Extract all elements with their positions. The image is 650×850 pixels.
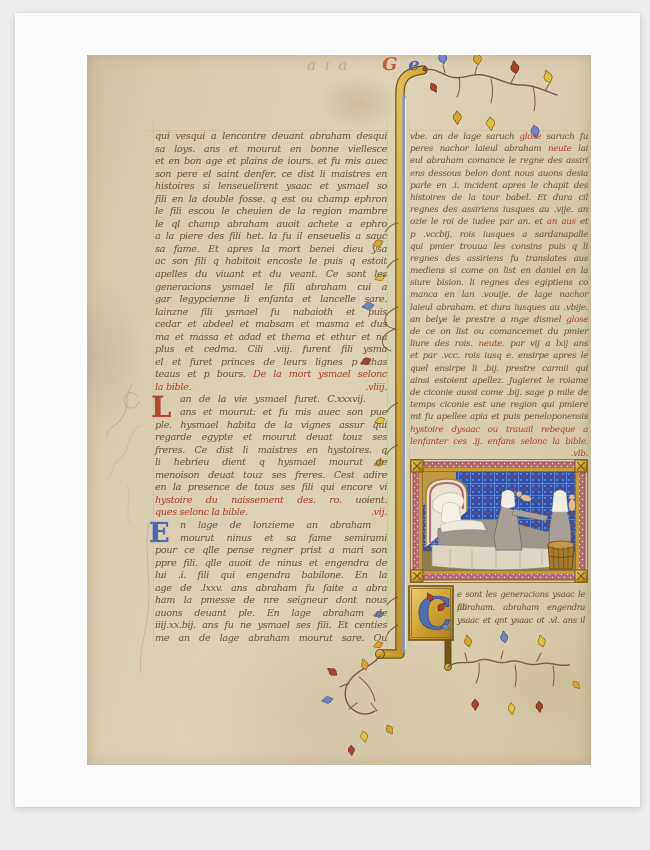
body-text: generacions ysmael le fili abraham cui a xyxy=(155,282,387,293)
text-line: age de .lxxv. ans abraham fu faite a abr… xyxy=(155,583,387,596)
text-line: son pere el saint denfer. ce dist li mai… xyxy=(155,169,387,182)
rubric-text: an aus xyxy=(547,217,576,227)
body-text: regnes des assiriens fu translates aus xyxy=(410,254,588,264)
text-line: ac son fili q habitoit encoste le puis q… xyxy=(155,256,387,269)
text-line: ma et massa et adad et thema et ethur et… xyxy=(155,332,387,345)
text-line: a la piere des fili het. la fu il enseue… xyxy=(155,231,387,244)
body-text: ainsi estoient apellez. Jugieret le roia… xyxy=(410,376,588,386)
body-text: gar legypcienne li enfanta et lancelle s… xyxy=(155,294,387,305)
baby xyxy=(569,494,575,511)
print-mat: a ı a G e qui vesqui a lencontre deuant … xyxy=(15,13,640,807)
blue-initial-E: E xyxy=(149,520,170,547)
text-line: et en bon age et plains de iours. et fu … xyxy=(155,156,387,169)
text-line: mourut ninus et sa fame semirami xyxy=(155,533,387,546)
body-text: par vij a lxij ans xyxy=(510,339,588,349)
body-text: abraham. abraham engendra xyxy=(457,602,585,612)
chapter-number: .vliij. xyxy=(365,382,387,395)
text-line: teaus et p bours. De la mort ysmael selo… xyxy=(155,369,387,382)
body-text: le fili escou le cheuien de la region ma… xyxy=(155,206,387,217)
rubric-text: hystoire dysaac ou trauail rebeque a xyxy=(410,425,588,435)
pen-trials xyxy=(107,383,149,673)
text-line: siure bision. li regnes des egiptiens co xyxy=(410,277,588,289)
right-text-column: vbe. an de lage saruch glose saruch fupe… xyxy=(410,131,588,460)
body-text: et en bon age et plains de iours. et fu … xyxy=(155,156,387,167)
text-line: ainsi estoient apellez. Jugieret le roia… xyxy=(410,375,588,387)
chapter-number: .vij. xyxy=(371,507,387,520)
red-initial-L: L xyxy=(151,393,171,422)
text-line: et par .vcc. rois iusq e. ensirpe apres … xyxy=(410,350,588,362)
body-text: age de .lxxv. ans abraham fu faite a abr… xyxy=(155,583,387,594)
wooden-tub xyxy=(548,541,574,569)
text-line: qui vesqui a lencontre deuant abraham de… xyxy=(155,131,387,144)
text-line: apelles du viuant et du veant. Ce sont l… xyxy=(155,269,387,282)
text-line: histoires de la tour babel. Et dura cil xyxy=(410,192,588,204)
body-text: regarde egypte et mourut deuat touz ses xyxy=(155,432,387,443)
body-text: mediens si come on list en daniel en la xyxy=(410,266,588,276)
rubric-text: De la mort ysmael selonc xyxy=(253,369,387,380)
body-text: en la presence de tous ses fili qui enco… xyxy=(155,482,387,493)
body-text: menoison deuat touz ses freres. Cest adi… xyxy=(155,470,387,481)
text-line: ens dessous belon dont nous auons desia xyxy=(410,168,588,180)
body-text: qui pmier trouua les consins puis q li xyxy=(410,242,588,252)
left-text-column: qui vesqui a lencontre deuant abraham de… xyxy=(155,131,387,645)
body-text: eul abraham comance le regne des assiri xyxy=(410,156,588,166)
body-text: lai xyxy=(578,144,588,154)
body-text: manca en lan .vouije. de lage nachor xyxy=(410,290,588,300)
text-line: histoires si lenseuelirent ysaac et ysma… xyxy=(155,181,387,194)
birth-scene-miniature xyxy=(410,459,588,583)
body-text: ple. hysmael habita de la vignes assur q… xyxy=(155,420,387,431)
text-line: eul abraham comance le regne des assiri xyxy=(410,155,588,167)
body-text: an de la vie ysmael furet. C.xxxvij. xyxy=(180,394,365,405)
text-line: en la presence de tous ses fili qui enco… xyxy=(155,482,387,495)
body-text: fili en la double fosse. q est ou champ … xyxy=(155,194,387,205)
text-line: cedar et abdeel et mabsam et masma et du… xyxy=(155,319,387,332)
body-text: n lage de lonzieme an abraham xyxy=(180,520,371,531)
text-line: menoison deuat touz ses freres. Cest adi… xyxy=(155,470,387,483)
body-text: ysaac et qnt ysaac ot .vl. ans il xyxy=(457,615,585,625)
text-line: le ql champ abraham auoit achete a ephro xyxy=(155,219,387,232)
header-faded-letter: a xyxy=(338,56,349,74)
text-line: regarde egypte et mourut deuat touz ses xyxy=(155,432,387,445)
text-line: sa loys. ans et mourut en bonne viellesc… xyxy=(155,144,387,157)
text-line: parle en .i. incident apres le chapit de… xyxy=(410,180,588,192)
text-line: .vliij.la bible. xyxy=(155,382,387,395)
body-text: ozie le roi de iudee par an. et xyxy=(410,217,547,227)
text-line: temps ciconie est une region qui pmiere xyxy=(410,399,588,411)
body-text: lui .i. fili qui engendra babilone. En l… xyxy=(155,570,387,581)
text-line: .vij.ques selonc la bible. xyxy=(155,507,387,520)
body-text: ac son fili q habitoit encoste le puis q… xyxy=(155,256,387,267)
text-line: generacions ysmael le fili abraham cui a xyxy=(155,282,387,295)
text-line: ozie le roi de iudee par an. et an aus e… xyxy=(410,216,588,228)
text-line: hystoire du naissement des. ro. uoient. xyxy=(155,495,387,508)
text-line: quel ensirpe li .bij. prestre carmii qui xyxy=(410,363,588,375)
text-line: peres nachor laieul abraham neute lai xyxy=(410,143,588,155)
body-text: parle en .i. incident apres le chapit de… xyxy=(410,181,588,191)
text-line: de ce on list ou comancemet du pmier xyxy=(410,326,588,338)
rubric-text: ques selonc la bible. xyxy=(155,507,248,518)
body-text: mourut ninus et sa fame semirami xyxy=(180,533,387,544)
initial-C-letter: C xyxy=(417,589,452,640)
rubric-text: glose xyxy=(519,132,546,142)
body-text: temps ciconie est une region qui pmiere xyxy=(410,400,588,410)
text-line: regnes des assiriens iusques au .vije. a… xyxy=(410,204,588,216)
body-text: a la piere des fili het. la fu il enseue… xyxy=(155,231,387,242)
body-text: plus et cedma. Cili .viij. furent fili y… xyxy=(155,344,387,355)
text-line: an belye le prestre a mge dismel glose xyxy=(410,314,588,326)
text-line: ppre fili. qlle auoit de ninus et engend… xyxy=(155,558,387,571)
body-text: an belye le prestre a mge dismel xyxy=(410,315,566,325)
text-line: n lage de lonzieme an abraham xyxy=(155,520,387,533)
text-line: pour ce qlle pense regner prist a mari s… xyxy=(155,545,387,558)
text-line: e sont les generacions ysaac le fili xyxy=(457,588,585,601)
text-line: de ciconie aussi come .bij. sage p mile … xyxy=(410,387,588,399)
rubric-text: glose xyxy=(566,315,588,325)
text-line: qui pmier trouua les consins puis q li xyxy=(410,241,588,253)
header-letter-blue: e xyxy=(408,54,421,75)
text-line: regnes des assiriens fu translates aus xyxy=(410,253,588,265)
text-line: li hebrieu dient q hysmael mourut de xyxy=(155,457,387,470)
rubric-text: lenfanter ces .ij. enfans selonc la bibl… xyxy=(410,437,588,447)
text-line: iiij.xx.bij. ans fu ne ysmael ses fili. … xyxy=(155,620,387,633)
body-text: ens dessous belon dont nous auons desia xyxy=(410,169,588,179)
body-text: de ciconie aussi come .bij. sage p mile … xyxy=(410,388,588,398)
illuminated-initial-C: C xyxy=(408,585,454,641)
body-text: et par .vcc. rois iusq e. ensirpe apres … xyxy=(410,351,588,361)
body-text: lainzne fili ysmael fu nabaioth et puis xyxy=(155,307,387,318)
header-faded-letter: ı xyxy=(325,56,332,74)
rubric-text: hystoire du naissement des. ro. xyxy=(155,495,355,506)
text-line: le fili escou le cheuien de la region ma… xyxy=(155,206,387,219)
body-text: pour ce qlle pense regner prist a mari s… xyxy=(155,545,387,556)
text-line: auons deuant ple. En lage abraham de xyxy=(155,608,387,621)
body-text: el et furet princes de leurs lignes p ch… xyxy=(155,357,387,368)
body-text: saruch fu xyxy=(546,132,588,142)
body-text: ans et mourut: et fu mis auec son pue xyxy=(180,407,387,418)
header-letter-red: G xyxy=(382,54,399,75)
body-text: regnes des assiriens iusques au .vije. a… xyxy=(410,205,588,215)
body-text: le ql champ abraham auoit achete a ephro xyxy=(155,219,387,230)
body-text: ppre fili. qlle auoit de ninus et engend… xyxy=(155,558,387,569)
body-text: siure bision. li regnes des egiptiens co xyxy=(410,278,588,288)
text-line: p .vccbij. rois iusques a sardanapalle xyxy=(410,229,588,241)
body-text: mt fu apellee apia et puis peneloponensi… xyxy=(410,412,588,422)
body-text: teaus et p bours. xyxy=(155,369,253,380)
photo-of-manuscript: a ı a G e qui vesqui a lencontre deuant … xyxy=(0,0,650,850)
text-line: el et furet princes de leurs lignes p ch… xyxy=(155,357,387,370)
text-line: abraham. abraham engendra xyxy=(457,601,585,614)
body-text: ma et massa et adad et thema et ethur et… xyxy=(155,332,387,343)
text-line: fili en la double fosse. q est ou champ … xyxy=(155,194,387,207)
text-line: freres. Ce dist li maistres en hystoires… xyxy=(155,445,387,458)
body-text: qui vesqui a lencontre deuant abraham de… xyxy=(155,131,387,142)
text-line: lui .i. fili qui engendra babilone. En l… xyxy=(155,570,387,583)
body-text: laieul abraham. et dura iusques au .vbij… xyxy=(410,303,588,313)
rubric-text: neute xyxy=(548,144,578,154)
rubric-text: neute. xyxy=(478,339,510,349)
body-text: p .vccbij. rois iusques a sardanapalle xyxy=(410,230,588,240)
body-text: uoient. xyxy=(355,495,387,506)
text-line: me an de lage abraham mourut sare. Ou xyxy=(155,633,387,646)
top-vine xyxy=(423,55,557,139)
text-line: manca en lan .vouije. de lage nachor xyxy=(410,289,588,301)
body-text: vbe. an de lage saruch xyxy=(410,132,519,142)
text-line: liure des rois. neute. par vij a lxij an… xyxy=(410,338,588,350)
text-line: plus et cedma. Cili .viij. furent fili y… xyxy=(155,344,387,357)
body-text: sa loys. ans et mourut en bonne viellesc… xyxy=(155,144,387,155)
body-text: me an de lage abraham mourut sare. Ou xyxy=(155,633,387,644)
text-line: mt fu apellee apia et puis peneloponensi… xyxy=(410,411,588,423)
body-text: peres nachor laieul abraham xyxy=(410,144,548,154)
text-line: sa fame. Et apres la mort benei dieu ysa xyxy=(155,244,387,257)
text-line: lenfanter ces .ij. enfans selonc la bibl… xyxy=(410,436,588,448)
text-line: an de la vie ysmael furet. C.xxxvij. xyxy=(155,394,387,407)
text-line: laieul abraham. et dura iusques au .vbij… xyxy=(410,302,588,314)
body-text: auons deuant ple. En lage abraham de xyxy=(155,608,387,619)
body-text: apelles du viuant et du veant. Ce sont l… xyxy=(155,269,387,280)
body-text: ham la pmesse de nre seigneur dont nous xyxy=(155,595,387,606)
text-line: lainzne fili ysmael fu nabaioth et puis xyxy=(155,307,387,320)
body-text: sa fame. Et apres la mort benei dieu ysa xyxy=(155,244,387,255)
text-line: hystoire dysaac ou trauail rebeque a xyxy=(410,424,588,436)
text-line: ysaac et qnt ysaac ot .vl. ans il xyxy=(457,614,585,627)
text-line: ham la pmesse de nre seigneur dont nous xyxy=(155,595,387,608)
bottom-left-vine xyxy=(321,656,395,756)
body-text: li hebrieu dient q hysmael mourut de xyxy=(155,457,387,468)
body-text: histoires si lenseuelirent ysaac et ysma… xyxy=(155,181,387,192)
header-faded-letter: a xyxy=(307,56,318,74)
text-line: ans et mourut: et fu mis auec son pue xyxy=(155,407,387,420)
body-text: son pere el saint denfer. ce dist li mai… xyxy=(155,169,387,180)
text-line: gar legypcienne li enfanta et lancelle s… xyxy=(155,294,387,307)
body-text: de ce on list ou comancemet du pmier xyxy=(410,327,588,337)
body-text: freres. Ce dist li maistres en hystoires… xyxy=(155,445,387,456)
body-text: quel ensirpe li .bij. prestre carmii qui xyxy=(410,364,588,374)
bottom-right-vine xyxy=(448,630,582,714)
body-text: iiij.xx.bij. ans fu ne ysmael ses fili. … xyxy=(155,620,387,631)
running-header: a ı a G e xyxy=(307,54,422,76)
body-text: cedar et abdeel et mabsam et masma et du… xyxy=(155,319,387,330)
text-line: vbe. an de lage saruch glose saruch fu xyxy=(410,131,588,143)
below-miniature-text: e sont les generacions ysaac le filiabra… xyxy=(457,588,585,628)
text-line: ple. hysmael habita de la vignes assur q… xyxy=(155,420,387,433)
body-text: liure des rois. xyxy=(410,339,478,349)
body-text: et xyxy=(576,217,588,227)
body-text: histoires de la tour babel. Et dura cil xyxy=(410,193,588,203)
parchment-page: a ı a G e qui vesqui a lencontre deuant … xyxy=(87,55,591,765)
text-line: mediens si come on list en daniel en la xyxy=(410,265,588,277)
